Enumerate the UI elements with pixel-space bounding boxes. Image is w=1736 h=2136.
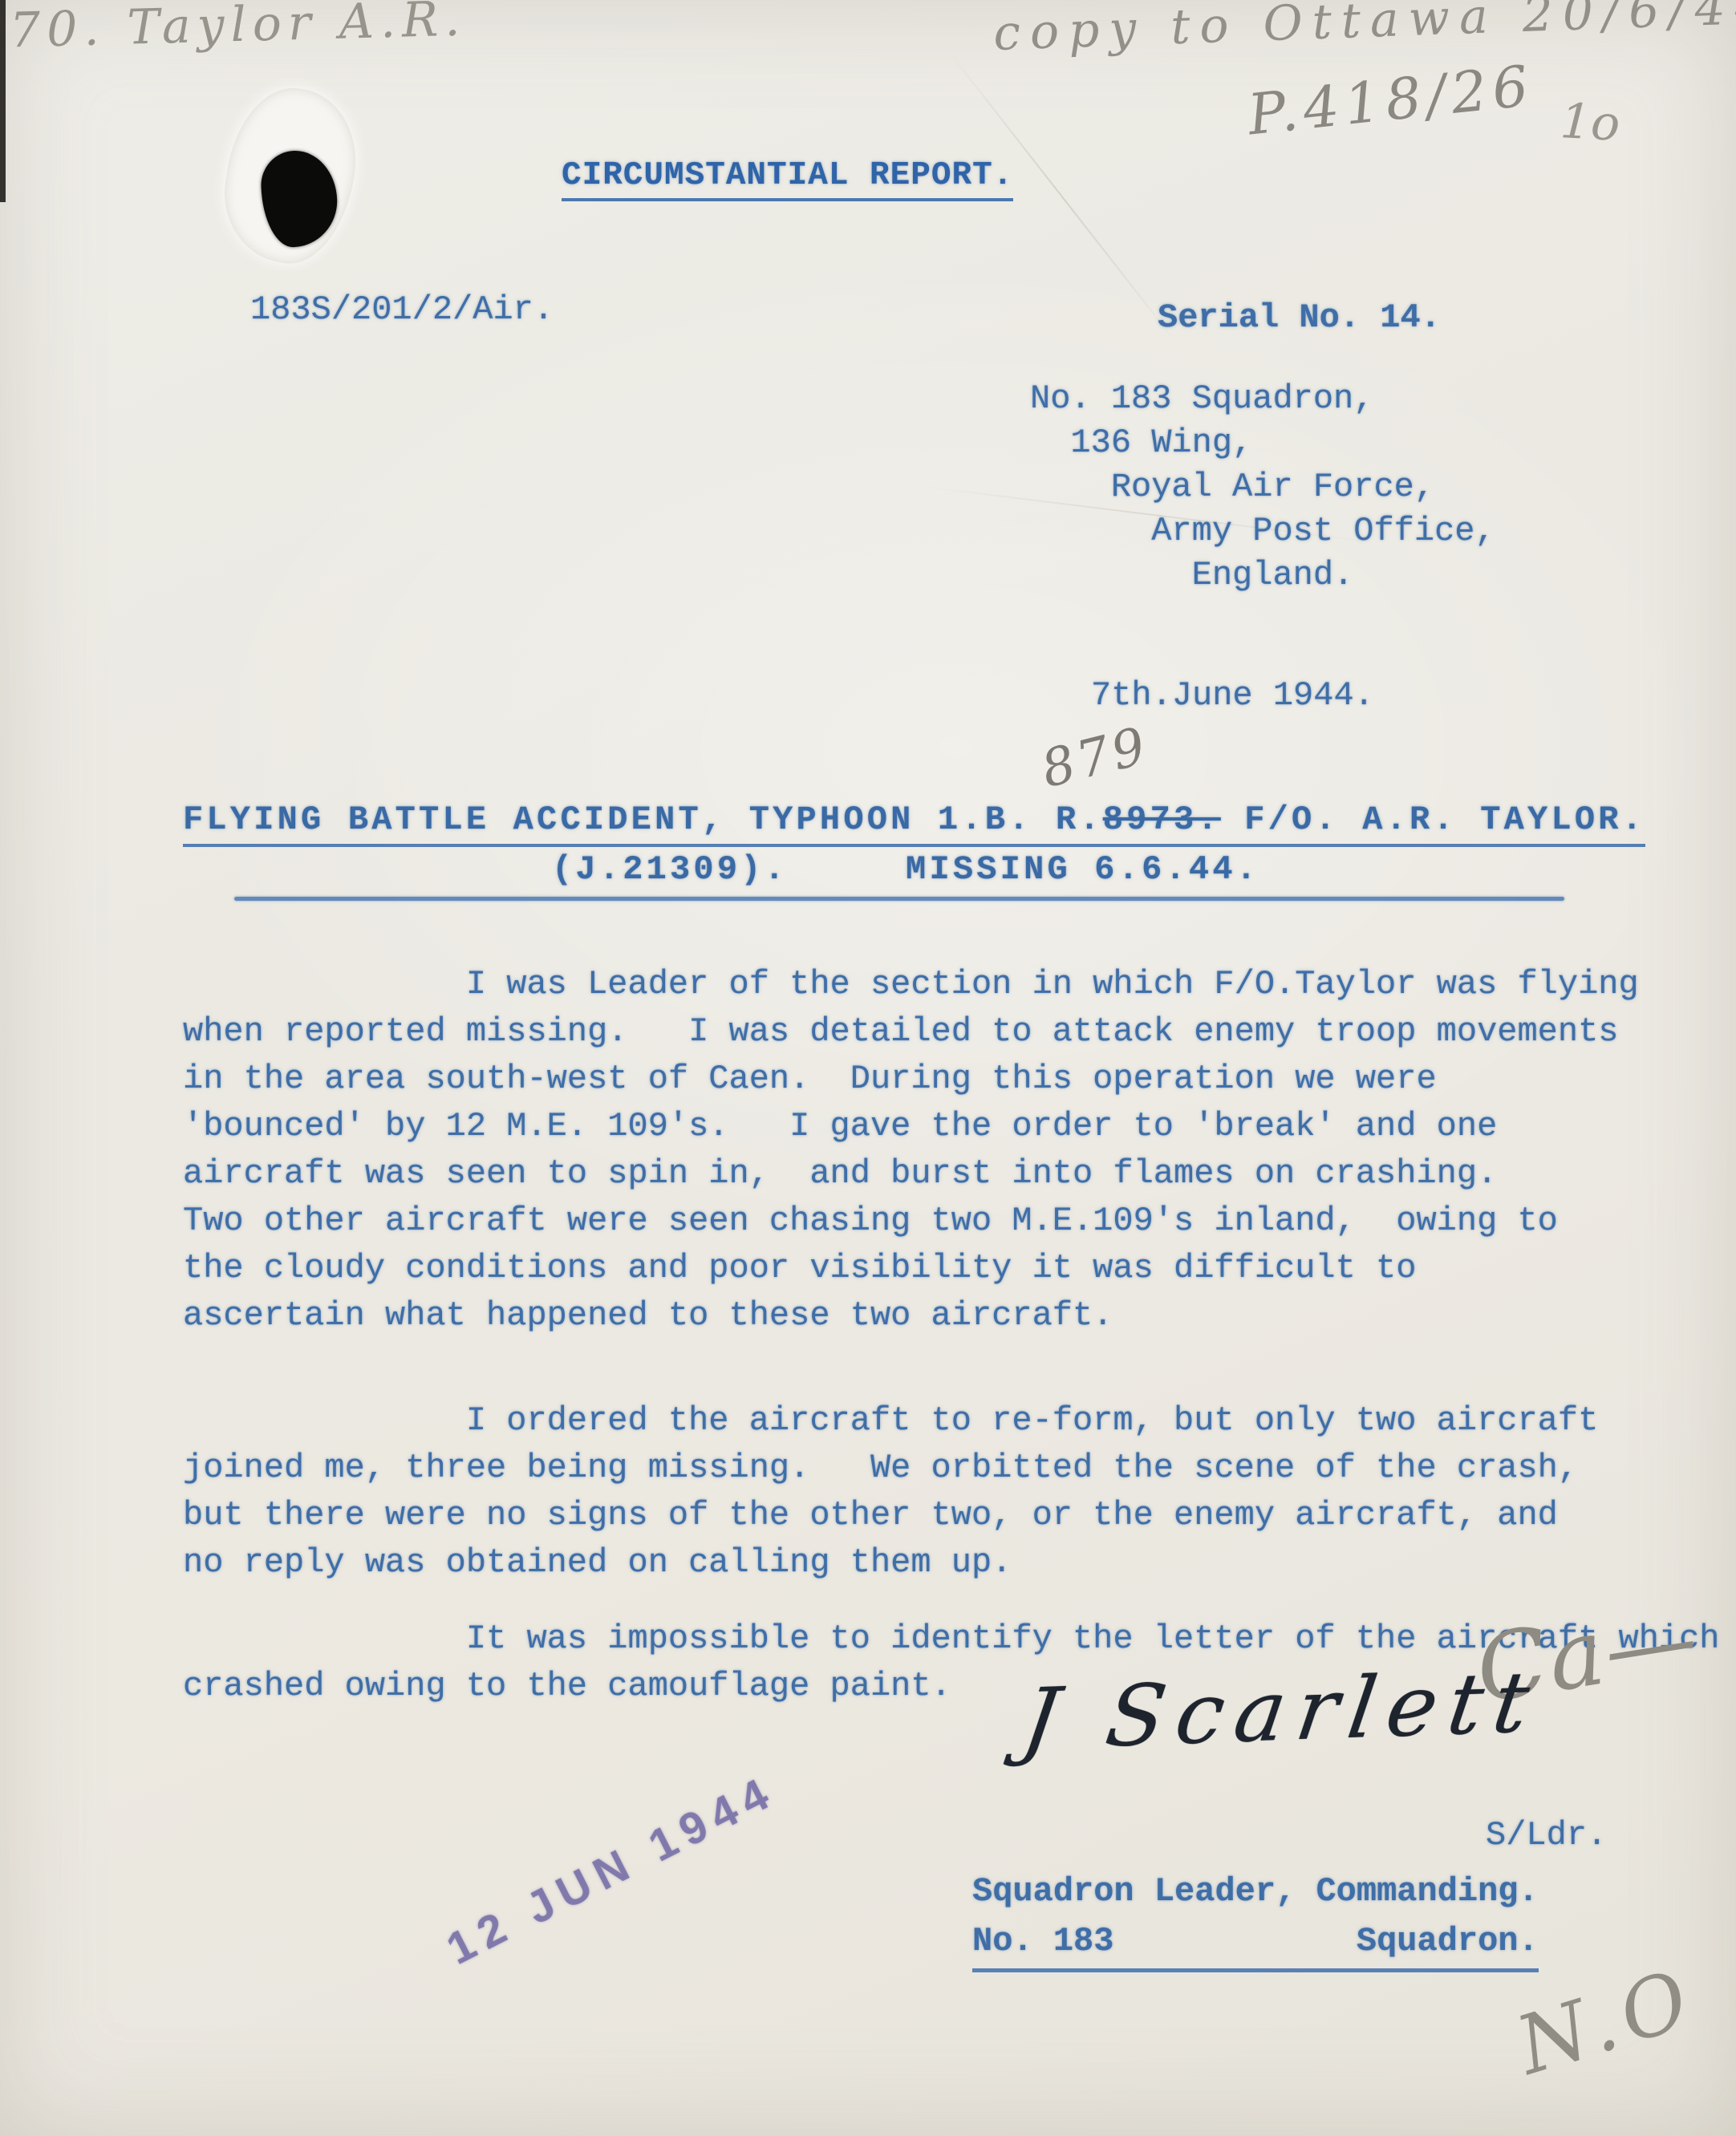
subject-underline [234, 897, 1564, 901]
report-title: CIRCUMSTANTIAL REPORT. [562, 157, 1013, 201]
pencil-note-file-reference: P.418/26 [1245, 53, 1537, 148]
pencil-serial-correction: 879 [1036, 716, 1154, 800]
signatory-rank: S/Ldr. [1486, 1816, 1607, 1854]
page-edge-shadow [0, 0, 6, 202]
signatory-unit-line: No. 183 Squadron. [972, 1922, 1539, 1972]
signatory-title: Squadron Leader, Commanding. [972, 1872, 1539, 1911]
document-page: 70. Taylor A.R. copy to Ottawa 20/6/44 P… [0, 0, 1736, 2136]
body-paragraph-2: I ordered the aircraft to re-form, but o… [183, 1397, 1598, 1587]
serial-number: Serial No. 14. [1158, 298, 1441, 337]
signature: J Scarlett [1017, 1653, 1547, 1769]
subject-line-2: (J.21309). MISSING 6.6.44. [552, 850, 1259, 889]
subject-text-lead: FLYING BATTLE ACCIDENT, TYPHOON 1.B. R. [183, 800, 1103, 839]
pencil-note-page-number: 1o [1559, 93, 1621, 152]
report-date: 7th.June 1944. [1091, 676, 1374, 715]
subject-line-1: FLYING BATTLE ACCIDENT, TYPHOON 1.B. R.8… [183, 800, 1645, 847]
body-paragraph-1: I was Leader of the section in which F/O… [183, 961, 1639, 1340]
subject-text-tail: F/O. A.R. TAYLOR. [1221, 800, 1645, 839]
pencil-note-name: 70. Taylor A.R. [9, 0, 467, 59]
struck-aircraft-serial: 8973. [1103, 800, 1221, 839]
torn-paper-area [216, 80, 366, 271]
punch-hole [260, 149, 339, 248]
reference-number: 183S/201/2/Air. [250, 290, 554, 329]
pencil-note-copy-to-ottawa: copy to Ottawa 20/6/44 [992, 0, 1736, 62]
unit-address: No. 183 Squadron, 136 Wing, Royal Air Fo… [1030, 377, 1495, 598]
date-stamp: 12 JUN 1944 [420, 1755, 801, 1984]
